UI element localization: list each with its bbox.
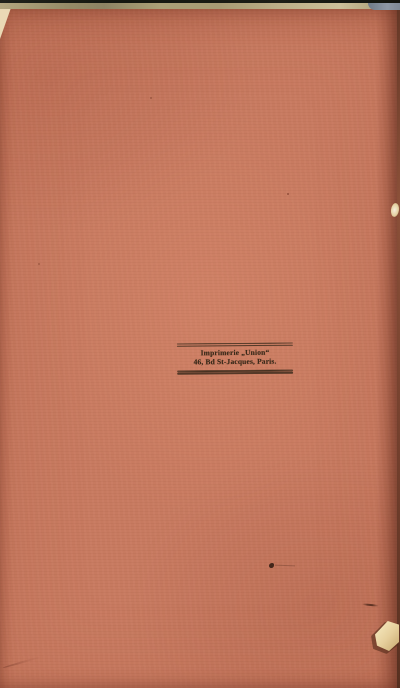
scanner-top-edge	[0, 0, 400, 3]
scanned-book-cover: Imprimerie „Union“ 46, Bd St-Jacques, Pa…	[0, 0, 400, 688]
backing-strip	[0, 2, 400, 9]
paper-speck	[150, 97, 152, 99]
printer-imprint-block: Imprimerie „Union“ 46, Bd St-Jacques, Pa…	[177, 342, 293, 372]
paper-speck	[38, 263, 40, 265]
book-cover: Imprimerie „Union“ 46, Bd St-Jacques, Pa…	[0, 8, 400, 688]
imprint-rule-bottom	[177, 370, 293, 372]
ink-speck	[269, 563, 274, 568]
imprint-line-2: 46, Bd St-Jacques, Paris.	[177, 358, 293, 367]
crease-mark	[3, 655, 44, 668]
paper-speck	[287, 193, 289, 195]
imprint-rule-top	[177, 342, 293, 344]
ink-speck-tail	[275, 565, 295, 567]
